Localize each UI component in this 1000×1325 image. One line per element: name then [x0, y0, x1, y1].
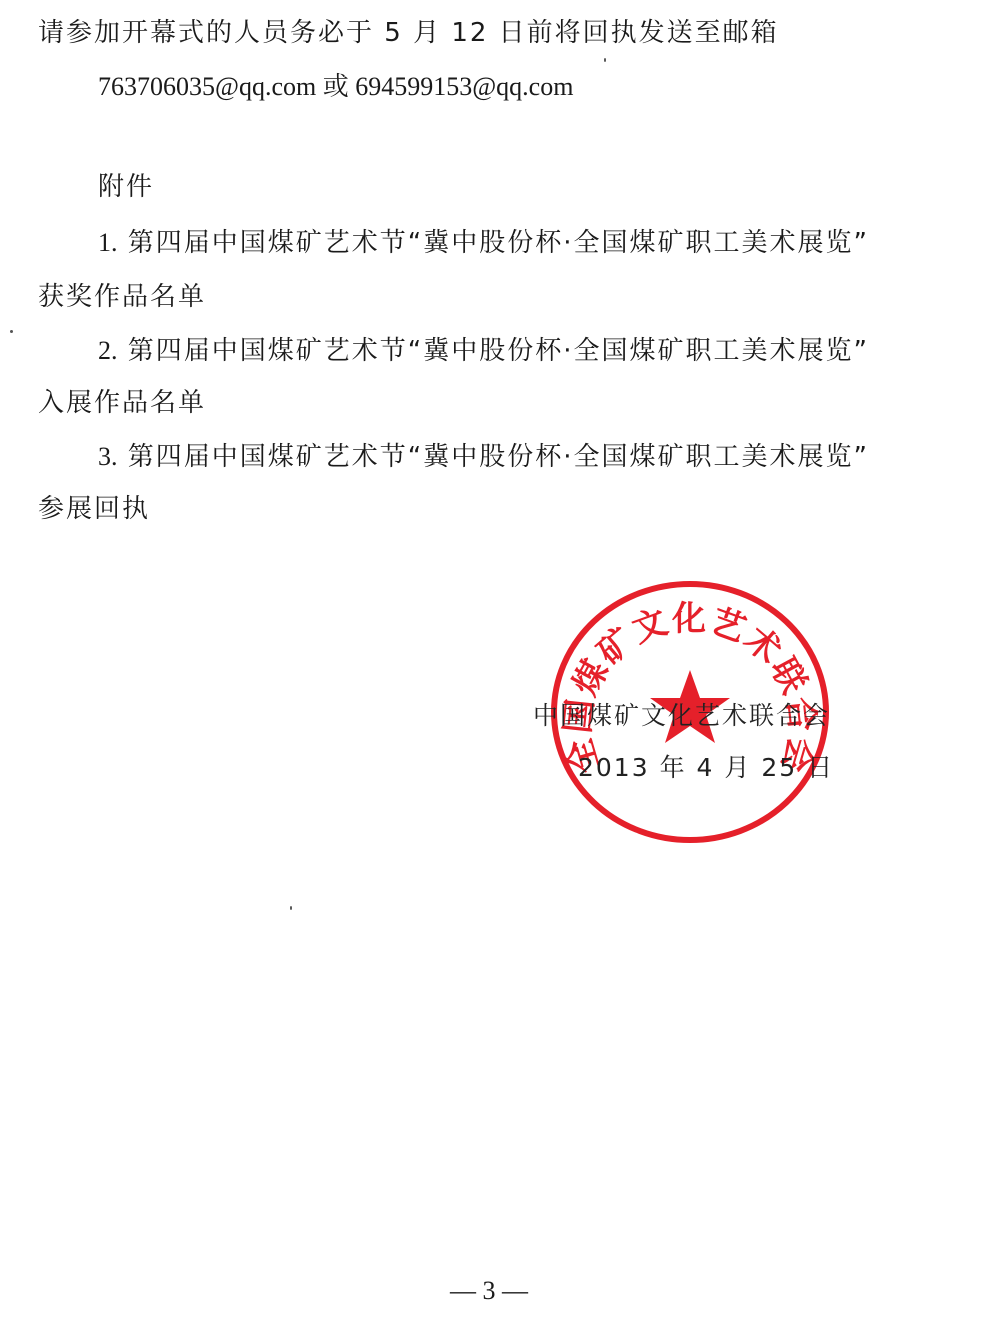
email-addresses: 763706035@qq.com 或 694599153@qq.com	[98, 70, 573, 104]
attachment-title: 第四届中国煤矿艺术节“冀中股份杯·全国煤矿职工美术展览”	[128, 440, 869, 474]
attachment-item-1: 1. 第四届中国煤矿艺术节“冀中股份杯·全国煤矿职工美术展览”	[98, 226, 869, 260]
paragraph-line-1: 请参加开幕式的人员务必于 5 月 12 日前将回执发送至邮箱	[38, 16, 779, 50]
attachments-heading: 附件	[98, 170, 154, 204]
attachment-title: 第四届中国煤矿艺术节“冀中股份杯·全国煤矿职工美术展览”	[128, 226, 869, 260]
attachment-item-2: 2. 第四届中国煤矿艺术节“冀中股份杯·全国煤矿职工美术展览”	[98, 334, 869, 368]
attachment-item-1-continuation: 获奖作品名单	[38, 280, 206, 314]
attachment-item-3-continuation: 参展回执	[38, 492, 150, 526]
attachment-number: 3.	[98, 442, 118, 471]
scan-speck	[10, 330, 13, 333]
attachment-number: 1.	[98, 228, 118, 257]
scan-speck	[290, 906, 292, 910]
attachment-title: 第四届中国煤矿艺术节“冀中股份杯·全国煤矿职工美术展览”	[128, 334, 869, 368]
attachment-number: 2.	[98, 336, 118, 365]
scan-speck	[604, 58, 606, 62]
page-number: — 3 —	[450, 1276, 528, 1306]
signature-date: 2013 年 4 月 25 日	[578, 752, 834, 784]
attachment-item-3: 3. 第四届中国煤矿艺术节“冀中股份杯·全国煤矿职工美术展览”	[98, 440, 869, 474]
signature-organization: 中国煤矿文化艺术联合会	[533, 700, 830, 732]
attachment-item-2-continuation: 入展作品名单	[38, 386, 206, 420]
